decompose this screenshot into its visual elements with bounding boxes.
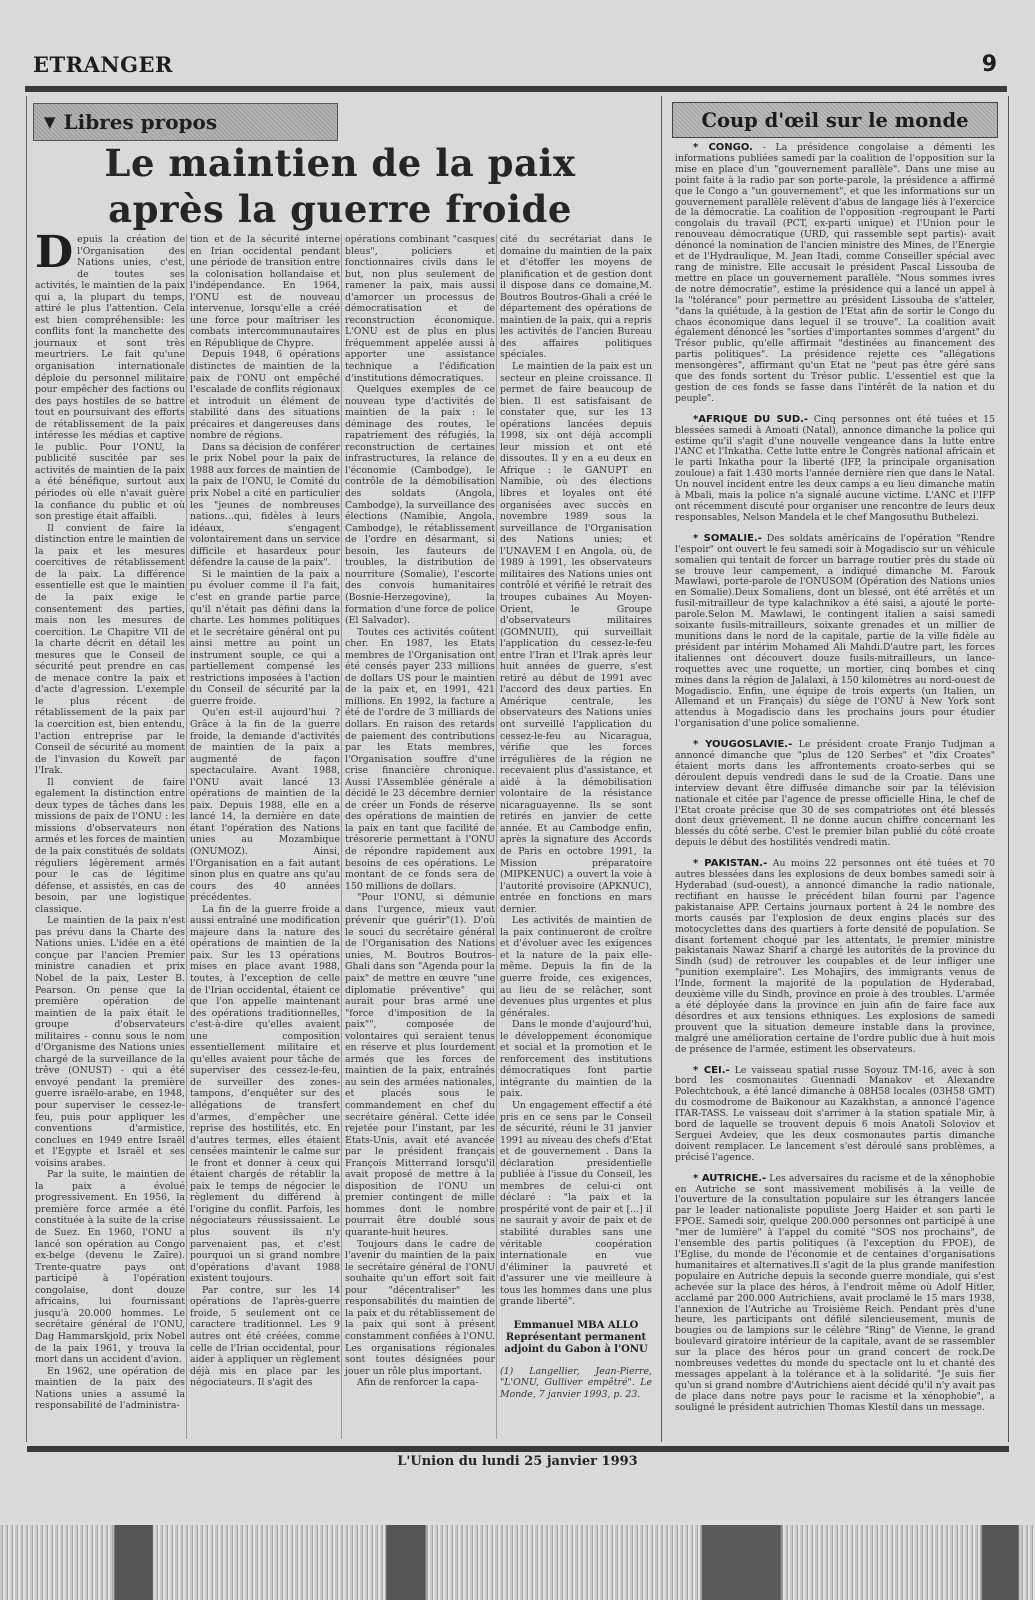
news-briefs-title: Coup d'œil sur le monde xyxy=(672,102,998,138)
bottom-rule xyxy=(27,1446,1009,1452)
article-paragraph: Dans le monde d'aujourd'hui, le développ… xyxy=(500,1019,652,1100)
news-brief-yougoslavie: * YOUGOSLAVIE.- Le président croate Fran… xyxy=(675,740,995,849)
article-footnote: (1) Langellier, Jean-Pierre, "L'ONU, Gul… xyxy=(500,1366,652,1401)
news-brief-pakistan: * PAKISTAN.- Au moins 22 personnes ont é… xyxy=(675,859,995,1055)
article-paragraph: Les activités de maintien de la paix con… xyxy=(500,915,652,1019)
article-column-1: Depuis la création de l'Organisation des… xyxy=(35,234,185,1412)
article-paragraph: Afin de renforcer la capa- xyxy=(345,1377,495,1389)
article-paragraph: Par contre, sur les 14 opérations de l'a… xyxy=(190,1285,340,1389)
page-number: 9 xyxy=(982,52,997,77)
scan-noise-strip xyxy=(0,1525,1035,1600)
column-divider xyxy=(186,234,187,1439)
top-rule xyxy=(25,86,1007,92)
headline-line-1: Le maintien de la paix xyxy=(60,140,620,186)
headline-line-2: après la guerre froide xyxy=(60,186,620,232)
news-brief-cei: * CEI.- Le vaisseau spatial russe Soyouz… xyxy=(675,1066,995,1164)
article-paragraph: Il convient de faire la distinction entr… xyxy=(35,523,185,777)
article-paragraph: La fin de la guerre froide a aussi entra… xyxy=(190,904,340,1285)
page-footer-dateline: L'Union du lundi 25 janvier 1993 xyxy=(0,1454,1035,1469)
newspaper-page: ETRANGER 9 ▼ Libres propos Le maintien d… xyxy=(0,0,1035,1520)
kicker-label: Libres propos xyxy=(64,110,218,134)
article-paragraph: Qu'en est-il aujourd'hui ? Grâce à la fi… xyxy=(190,707,340,903)
article-kicker: ▼ Libres propos xyxy=(33,103,338,141)
article-paragraph: Depuis 1948, 6 opérations distinctes de … xyxy=(190,349,340,441)
article-paragraph: Toutes ces activités coûtent cher. En 19… xyxy=(345,627,495,893)
article-paragraph: Dans sa décision de conférer le prix Nob… xyxy=(190,442,340,569)
drop-cap: D xyxy=(35,235,73,271)
article-paragraph: Toujours dans le cadre de l'avenir du ma… xyxy=(345,1239,495,1378)
article-paragraph: Depuis la création de l'Organisation des… xyxy=(35,234,185,523)
article-paragraph: "Pour l'ONU, si démunie dans l'urgence, … xyxy=(345,892,495,1238)
article-column-3: opérations combinant "casques bleus", po… xyxy=(345,234,495,1389)
article-paragraph: Quelques exemples de ce nouveau type d'a… xyxy=(345,384,495,626)
article-paragraph: En 1962, une opération de maintien de la… xyxy=(35,1366,185,1412)
news-brief-autriche: * AUTRICHE.- Les adversaires du racisme … xyxy=(675,1174,995,1414)
article-paragraph: Il convient de faire egalement la distin… xyxy=(35,777,185,916)
news-brief-somalie: * SOMALIE.- Des soldats américains de l'… xyxy=(675,534,995,730)
column-divider xyxy=(341,234,342,1439)
author-name: Emmanuel MBA ALLO xyxy=(500,1320,652,1332)
article-paragraph: Le maintien de la paix est un secteur en… xyxy=(500,361,652,915)
article-paragraph: tion et de la sécurité interne en Irian … xyxy=(190,234,340,349)
author-title: adjoint du Gabon à l'ONU xyxy=(500,1344,652,1356)
news-briefs-list: * CONGO. - La présidence congolaise a dé… xyxy=(675,143,995,1424)
article-paragraph: opérations combinant "casques bleus", po… xyxy=(345,234,495,384)
article-paragraph: cité du secrétariat dans le domaine du m… xyxy=(500,234,652,361)
news-brief-afrique-du-sud: *AFRIQUE DU SUD.- Cinq personnes ont été… xyxy=(675,415,995,524)
author-signature: Emmanuel MBA ALLO Représentant permanent… xyxy=(500,1320,652,1356)
article-paragraph: Si le maintien de la paix a pu évoluer c… xyxy=(190,569,340,708)
article-paragraph: Par la suite, le maintien de la paix a é… xyxy=(35,1169,185,1365)
section-label: ETRANGER xyxy=(33,52,173,77)
news-brief-congo: * CONGO. - La présidence congolaise a dé… xyxy=(675,143,995,405)
author-title: Représentant permanent xyxy=(500,1332,652,1344)
triangle-down-icon: ▼ xyxy=(44,113,56,131)
article-paragraph: Le maintien de la paix n'est pas prévu d… xyxy=(35,915,185,1169)
article-paragraph: Un engagement effectif a été pris en ce … xyxy=(500,1100,652,1308)
article-column-2: tion et de la sécurité interne en Irian … xyxy=(190,234,340,1389)
column-divider xyxy=(496,234,497,1439)
article-column-4: cité du secrétariat dans le domaine du m… xyxy=(500,234,652,1400)
article-headline: Le maintien de la paix après la guerre f… xyxy=(60,140,620,232)
